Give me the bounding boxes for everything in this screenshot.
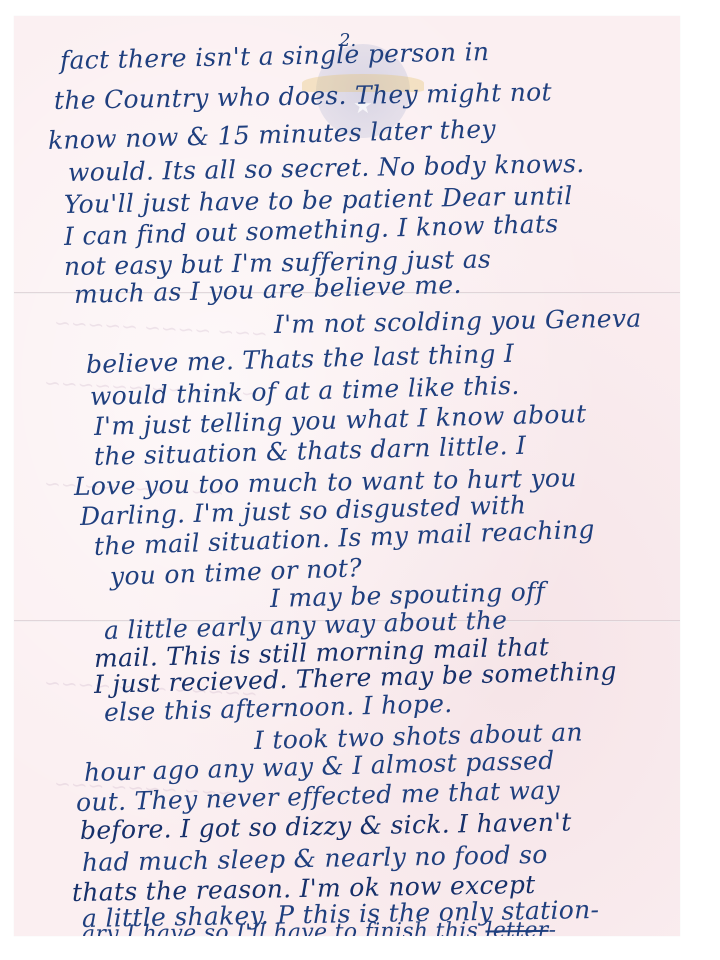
letter-line: know now & 15 minutes later they [48, 114, 497, 155]
letter-line: fact there isn't a single person in [60, 37, 490, 75]
letter-body: fact there isn't a single person in the … [14, 16, 680, 936]
letter-line-text: ary I have so I'll have to finish this [82, 919, 478, 936]
struck-out-word: letter [485, 918, 548, 936]
paragraph-start-line: I'm not scolding you Geneva [274, 304, 642, 339]
letter-page: ★ ~~~ ~~~~ ~~~~~ ~~~~ ~~ ~~~~~~ ~~~ ~~~~… [14, 16, 680, 936]
trailing-mark: - [548, 918, 556, 936]
letter-line-last: ary I have so I'll have to finish this l… [82, 918, 556, 936]
letter-line: the Country who does. They might not [54, 77, 552, 115]
correction-word: later [614, 934, 650, 936]
